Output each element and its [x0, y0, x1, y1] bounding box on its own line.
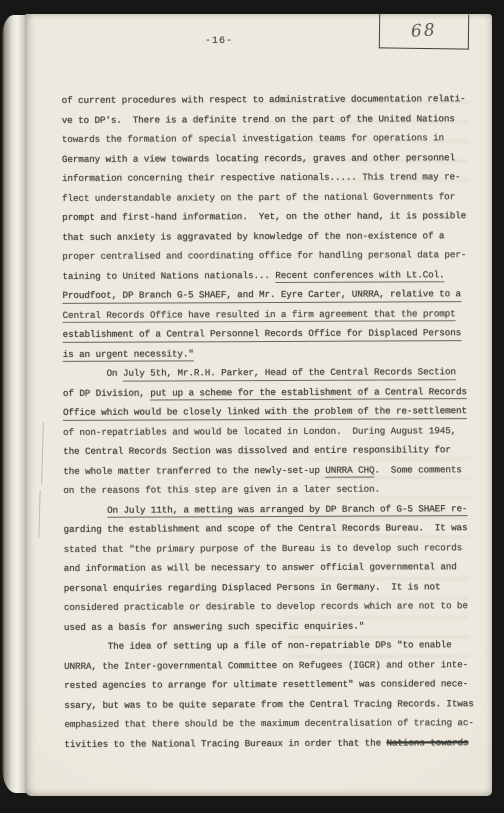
text-line: the Central Records Section was dissolve… [63, 440, 483, 461]
text-line: is an urgent necessity." [63, 343, 483, 364]
text-line: ve to DP's. There is a definite trend on… [62, 109, 482, 130]
text-line: information concerning their respective … [62, 167, 482, 188]
text-line: flect understandable anxiety on the part… [62, 187, 482, 208]
text-line: of non-repatriables and would be located… [63, 421, 483, 442]
text-line: establishment of a Central Personnel Rec… [63, 323, 483, 344]
text-line: On July 5th, Mr.R.H. Parker, Head of the… [63, 362, 483, 383]
text-line: that such anxiety is aggravated by knowl… [62, 226, 482, 247]
text-line: Proudfoot, DP Branch G-5 SHAEF, and Mr. … [62, 284, 482, 305]
scan-frame: -16- 68 of current procedures with respe… [0, 0, 504, 813]
text-line: and information as will be necessary to … [64, 557, 484, 578]
text-line: garding the establishment and scope of t… [63, 518, 483, 539]
text-line: stated that "the primary purpose of the … [64, 538, 484, 559]
paper-page: -16- 68 of current procedures with respe… [25, 14, 492, 796]
text-line: the whole matter tranferred to the newly… [63, 460, 483, 481]
text-line: Office which would be closely linked wit… [63, 401, 483, 422]
text-line: on the reasons fot this step are given i… [63, 479, 483, 500]
text-line: rested agencies to arrange for ultimate … [64, 674, 484, 695]
page-number: -16- [205, 36, 233, 47]
text-line: On July 11th, a metting was arranged by … [63, 499, 483, 520]
text-line: used as a basis for answering such speci… [64, 616, 484, 637]
text-line: UNRRA, the Inter-governmental Committee … [64, 655, 484, 676]
text-line: towards the formation of special investi… [62, 128, 482, 149]
text-line: Central Records Office have resulted in … [62, 304, 482, 325]
stamp-box: 68 [379, 13, 469, 49]
text-line: of current procedures with respect to ad… [62, 89, 482, 110]
text-line: Germany with a view towards locating rec… [62, 148, 482, 169]
text-line: prompt and first-hand information. Yet, … [62, 206, 482, 227]
text-line: taining to United Nations nationals... R… [62, 265, 482, 286]
text-line: tivities to the National Tracing Bureaux… [64, 733, 484, 754]
document-body: of current procedures with respect to ad… [62, 89, 485, 754]
text-line: ssary, but was to be quite separate from… [64, 694, 484, 715]
margin-pencil-mark [38, 490, 41, 538]
text-line: The idea of setting up a file of non-rep… [64, 635, 484, 656]
text-line: personal enquiries regarding Displaced P… [64, 577, 484, 598]
text-line: emphasized that there should be the maxi… [64, 713, 484, 734]
stamp-number: 68 [411, 20, 438, 41]
margin-pencil-mark [41, 422, 44, 484]
text-line: considered practicable or desirable to d… [64, 596, 484, 617]
text-line: of DP Division, put up a scheme for the … [63, 382, 483, 403]
text-line: proper centralised and coordinating offi… [62, 245, 482, 266]
